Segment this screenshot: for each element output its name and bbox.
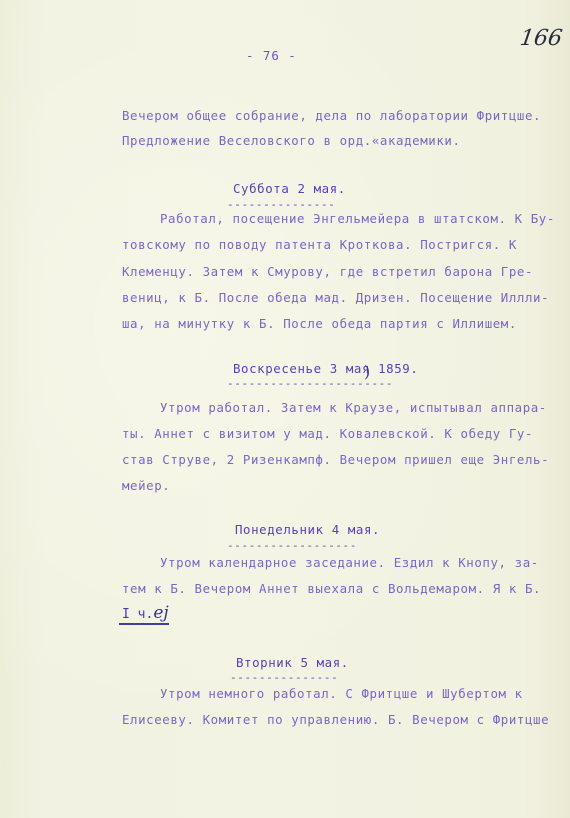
folio-number: 166 bbox=[518, 26, 564, 51]
entry-line: Утром немного работал. С Фритцше и Шубер… bbox=[160, 686, 523, 701]
document-page: 166 - 76 - Вечером общее собрание, дела … bbox=[0, 0, 570, 818]
annotation-typed: I ч. bbox=[122, 607, 153, 622]
entry-line: Утром работал. Затем к Краузе, испытывал… bbox=[160, 400, 547, 415]
annotation-underline bbox=[119, 623, 169, 625]
page-number: - 76 - bbox=[246, 48, 297, 63]
heading-underline: ----------------------- bbox=[227, 380, 393, 388]
heading-underline: --------------- bbox=[227, 201, 335, 209]
entry-line: вениц, к Б. После обеда мад. Дризен. Пос… bbox=[122, 290, 549, 305]
entry-line: ша, на минутку к Б. После обеда партия с… bbox=[122, 316, 517, 331]
entry-heading-saturday: Суббота 2 мая. bbox=[233, 181, 346, 196]
entry-line: став Струве, 2 Ризенкампф. Вечером прише… bbox=[122, 452, 549, 467]
entry-line: товскому по поводу патента Кроткова. Пос… bbox=[122, 237, 517, 252]
heading-underline: --------------- bbox=[230, 674, 338, 682]
intro-line-2: Предложение Веселовского в орд.«академик… bbox=[122, 133, 461, 148]
heading-underline: ------------------ bbox=[227, 542, 357, 550]
entry-line: Клеменцу. Затем к Смурову, где встретил … bbox=[122, 264, 533, 279]
entry-line: Работал, посещение Энгельмейера в штатск… bbox=[160, 211, 555, 226]
entry-line: мейер. bbox=[122, 478, 170, 493]
entry-line: ты. Аннет с визитом у мад. Ковалевской. … bbox=[122, 426, 533, 441]
handwritten-bracket-mark: ) bbox=[364, 362, 370, 381]
handwritten-annotation: I ч.ej bbox=[122, 603, 169, 623]
entry-line: тем к Б. Вечером Аннет выехала с Вольдем… bbox=[122, 581, 541, 596]
intro-line-1: Вечером общее собрание, дела по лаборато… bbox=[122, 108, 541, 123]
entry-heading-sunday: Воскресенье 3 мая 1859. bbox=[233, 361, 418, 376]
entry-line: Елисееву. Комитет по управлению. Б. Вече… bbox=[122, 712, 549, 727]
entry-heading-monday: Понедельник 4 мая. bbox=[235, 522, 380, 537]
annotation-handwritten: ej bbox=[153, 603, 168, 623]
entry-line: Утром календарное заседание. Ездил к Кно… bbox=[160, 555, 539, 570]
entry-heading-tuesday: Вторник 5 мая. bbox=[236, 655, 349, 670]
